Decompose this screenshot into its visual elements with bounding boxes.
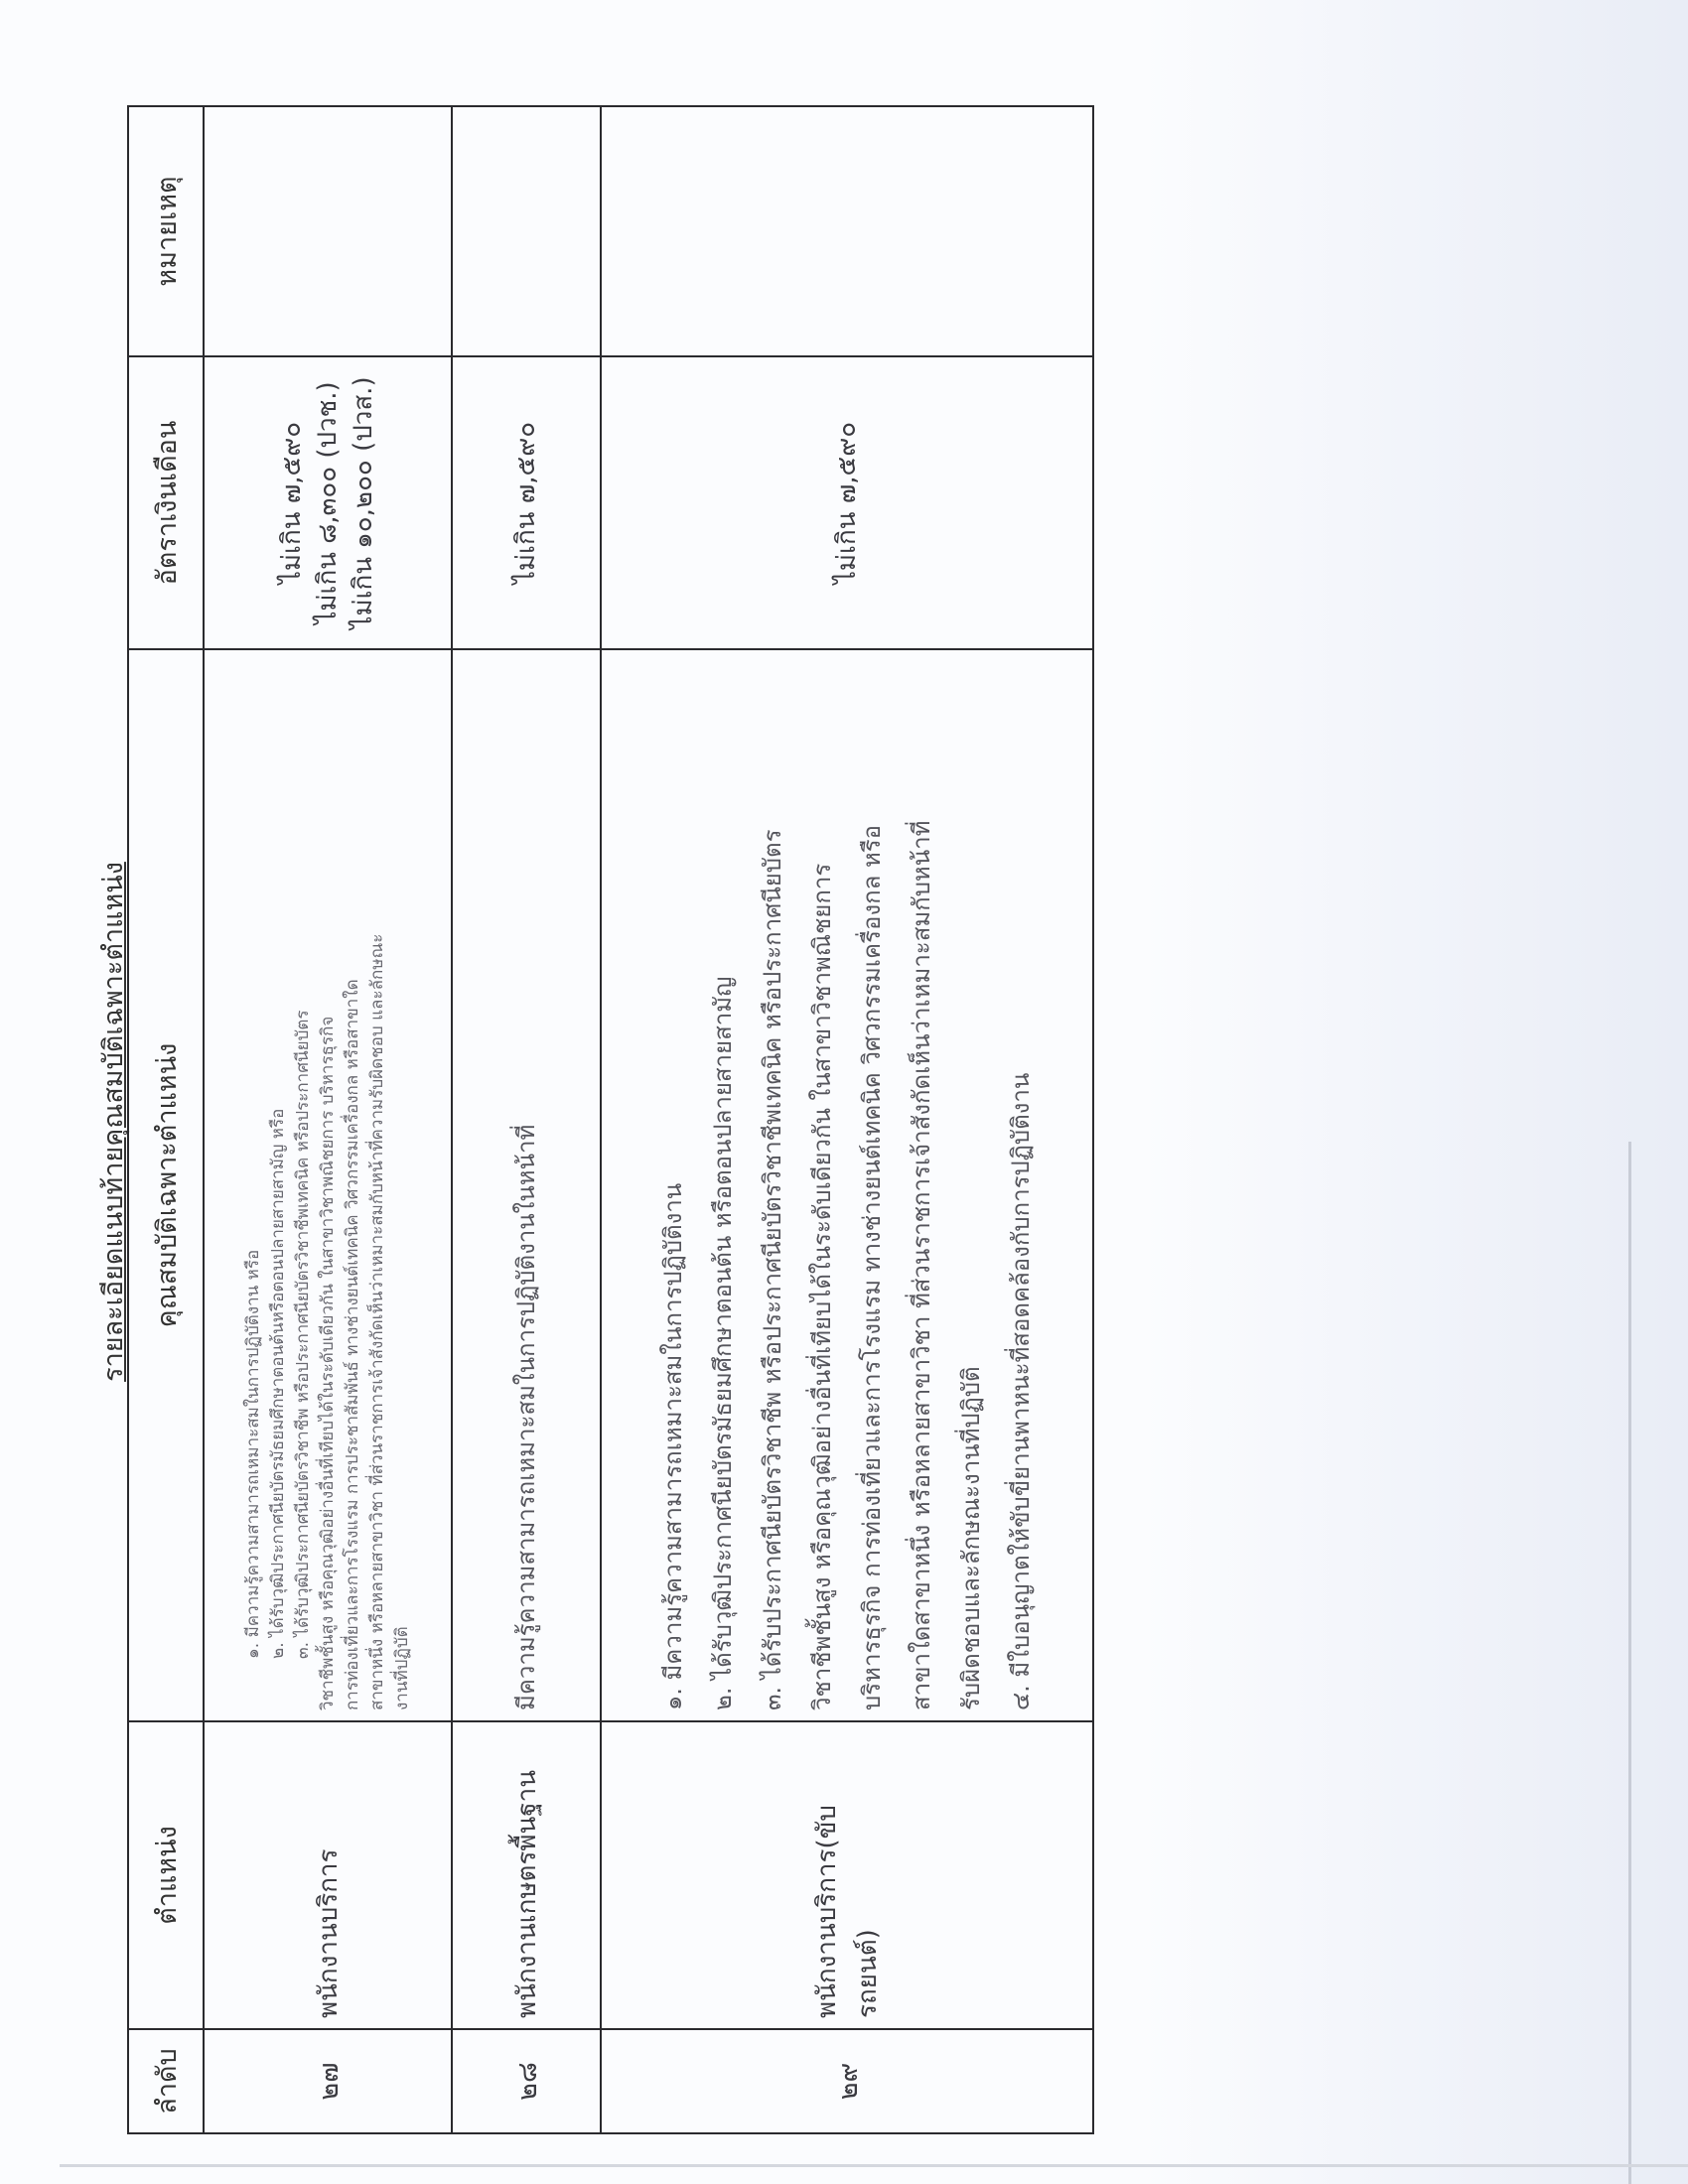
row-position: พนักงานบริการ [204,1721,452,2029]
row-qualifications: มีความรู้ความสามารถเหมาะสมในการปฏิบัติงา… [452,649,601,1721]
row-qualifications: ๑. มีความรู้ความสามารถเหมาะสมในการปฏิบัต… [204,649,452,1721]
qualification-line: การท่องเที่ยวและการโรงแรม การประชาสัมพัน… [341,660,365,1710]
qualification-line: มีความรู้ความสามารถเหมาะสมในการปฏิบัติงา… [509,660,543,1710]
qualifications-table: ลำดับ ตำแหน่ง คุณสมบัติเฉพาะตำแหน่ง อัตร… [127,105,1094,2134]
row-position: พนักงานบริการ(ขับรถยนต์) [601,1721,1093,2029]
header-remark: หมายเหตุ [128,106,204,356]
qualification-line: บริหารธุรกิจ การท่องเที่ยวและการโรงแรม ท… [847,660,897,1710]
header-no: ลำดับ [128,2029,204,2133]
row-salary: ไม่เกิน ๗,๕๙๐ [452,356,601,649]
table-header-row: ลำดับ ตำแหน่ง คุณสมบัติเฉพาะตำแหน่ง อัตร… [128,106,204,2133]
table-row: ๒๙ พนักงานบริการ(ขับรถยนต์) ๑. มีความรู้… [601,106,1093,2133]
row-no: ๒๙ [601,2029,1093,2133]
row-salary: ไม่เกิน ๗,๕๙๐ ไม่เกิน ๘,๓๐๐ (ปวช.) ไม่เก… [204,356,452,649]
row-remark [204,106,452,356]
header-qualifications: คุณสมบัติเฉพาะตำแหน่ง [128,649,204,1721]
qualification-line: ๒. ได้รับวุฒิประกาศนียบัตรมัธยมศึกษาตอนต… [698,660,748,1710]
qualification-line: วิชาชีพชั้นสูง หรือคุณวุฒิอย่างอื่นที่เท… [797,660,847,1710]
qualification-line: รับผิดชอบและลักษณะงานที่ปฏิบัติ [946,660,996,1710]
row-position: พนักงานเกษตรพื้นฐาน [452,1721,601,2029]
rotated-document-page: รายละเอียดแนบท้ายคุณสมบัติเฉพาะตำแหน่ง ล… [0,0,1688,2184]
row-salary: ไม่เกิน ๗,๕๙๐ [601,356,1093,649]
salary-line: ไม่เกิน ๑๐,๒๐๐ (ปวส.) [346,367,381,638]
qualification-line: วิชาชีพชั้นสูง หรือคุณวุฒิอย่างอื่นที่เท… [316,660,341,1710]
table-row: ๒๗ พนักงานบริการ ๑. มีความรู้ความสามารถเ… [204,106,452,2133]
qualification-line: ๑. มีความรู้ความสามารถเหมาะสมในการปฏิบัต… [241,660,266,1710]
salary-line: ไม่เกิน ๗,๕๙๐ [508,367,544,638]
salary-line: ไม่เกิน ๘,๓๐๐ (ปวช.) [310,367,346,638]
qualification-line: ๓. ได้รับวุฒิประกาศนียบัตรวิชาชีพ หรือปร… [291,660,316,1710]
header-salary: อัตราเงินเดือน [128,356,204,649]
qualification-line: งานที่ปฏิบัติ [390,660,415,1710]
table-row: ๒๘ พนักงานเกษตรพื้นฐาน มีความรู้ความสามา… [452,106,601,2133]
salary-line: ไม่เกิน ๗,๕๙๐ [829,367,865,638]
qualification-line: ๔. มีใบอนุญาตให้ขับขี่ยานพาหนะที่สอดคล้อ… [996,660,1046,1710]
qualification-line: สาขาหนึ่ง หรือหลายสาขาวิชา ที่ส่วนราชการ… [365,660,390,1710]
row-remark [601,106,1093,356]
qualification-line: ๑. มีความรู้ความสามารถเหมาะสมในการปฏิบัต… [648,660,698,1710]
row-qualifications: ๑. มีความรู้ความสามารถเหมาะสมในการปฏิบัต… [601,649,1093,1721]
row-remark [452,106,601,356]
qualification-line: สาขาใดสาขาหนึ่ง หรือหลายสาขาวิชา ที่ส่วน… [897,660,946,1710]
row-no: ๒๘ [452,2029,601,2133]
qualification-line: ๒. ได้รับวุฒิประกาศนียบัตรมัธยมศึกษาตอนต… [266,660,291,1710]
salary-line: ไม่เกิน ๗,๕๙๐ [274,367,310,638]
header-position: ตำแหน่ง [128,1721,204,2029]
qualification-line: ๓. ได้รับประกาศนียบัตรวิชาชีพ หรือประกาศ… [748,660,797,1710]
row-no: ๒๗ [204,2029,452,2133]
